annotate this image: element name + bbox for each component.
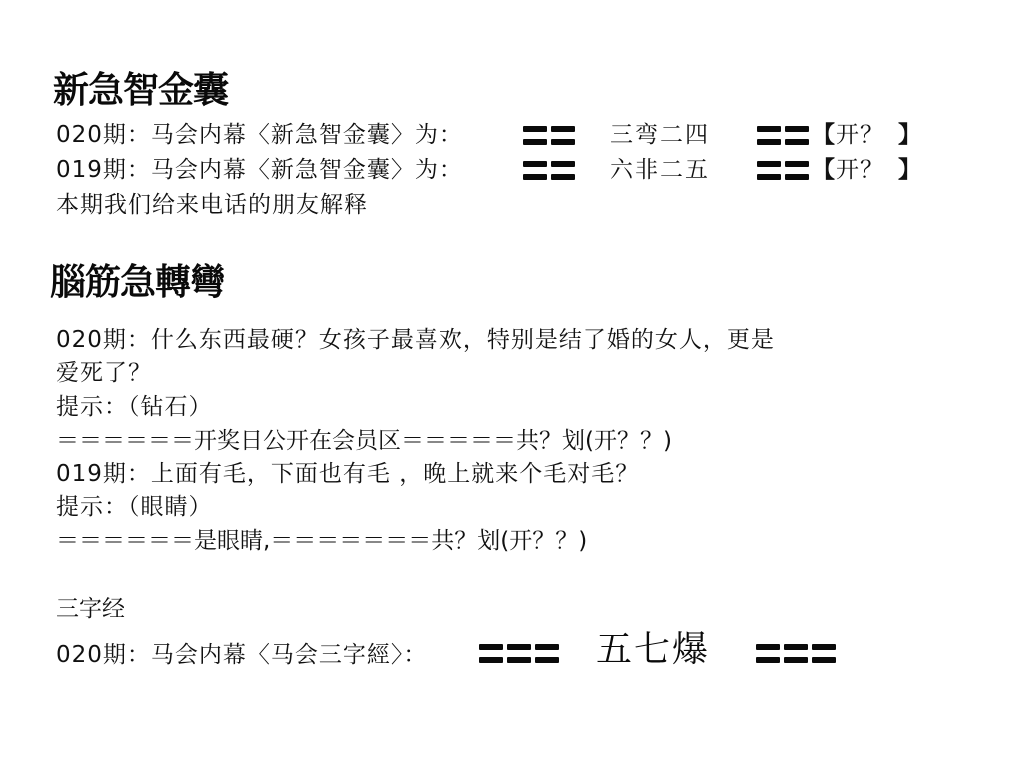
bar-icon [535,644,559,663]
section-title-xinjizhi: 新急智金囊 [53,70,228,110]
row-020-prefix: 020期：马会内幕〈新急智金囊〉为： [56,120,463,150]
bar-icon [812,644,836,663]
bar-icon [551,161,575,180]
row-020-answer: 三弯二四 [610,120,710,150]
bar-icon [785,126,809,145]
bar-block-icon [757,161,809,180]
riddle-020-answer-line: ＝＝＝＝＝＝开奖日公开在会员区＝＝＝＝＝共？划(开？？) [56,426,672,456]
bar-icon [523,126,547,145]
section1-note: 本期我们给来电话的朋友解释 [56,190,368,220]
bar-icon [757,126,781,145]
bar-block-icon [523,161,575,180]
bar-icon [757,161,781,180]
section-title-three-character: 三字经 [56,594,125,624]
row-019-prefix: 019期：马会内幕〈新急智金囊〉为： [56,155,463,185]
bracket-open: 【 [812,122,836,148]
bar-block-icon [757,126,809,145]
bar-icon [523,161,547,180]
riddle-020-question: 020期：什么东西最硬？女孩子最喜欢，特别是结了婚的女人，更是 [56,325,775,355]
bar-icon [507,644,531,663]
riddle-019-question: 019期：上面有毛，下面也有毛 ，晚上就来个毛对毛？ [56,459,639,489]
status-text: 开？ [836,157,884,183]
bar-icon [756,644,780,663]
status-text: 开？ [836,122,884,148]
row-019-status: 【开？】 [812,155,922,185]
bar-block-icon [523,126,575,145]
row-020-status: 【开？】 [812,120,922,150]
bar-block-icon [756,644,836,663]
bracket-close: 】 [898,122,922,148]
riddle-019-answer-line: ＝＝＝＝＝＝是眼睛,＝＝＝＝＝＝＝共？划(开？？) [56,526,587,556]
riddle-020-hint: 提示：（钻石） [56,392,213,422]
section-title-brain-teaser: 腦筋急轉彎 [50,262,225,302]
bar-block-icon [479,644,559,663]
riddle-020-question-cont: 爱死了？ [56,358,152,388]
riddle-019-hint: 提示：（眼睛） [56,492,213,522]
bar-icon [551,126,575,145]
bar-icon [784,644,808,663]
sanzijing-020-prefix: 020期：马会内幕〈马会三字經〉： [56,640,427,670]
sanzijing-020-answer: 五七爆 [596,630,710,670]
bracket-close: 】 [898,157,922,183]
row-019-answer: 六非二五 [610,155,710,185]
bar-icon [785,161,809,180]
bracket-open: 【 [812,157,836,183]
bar-icon [479,644,503,663]
